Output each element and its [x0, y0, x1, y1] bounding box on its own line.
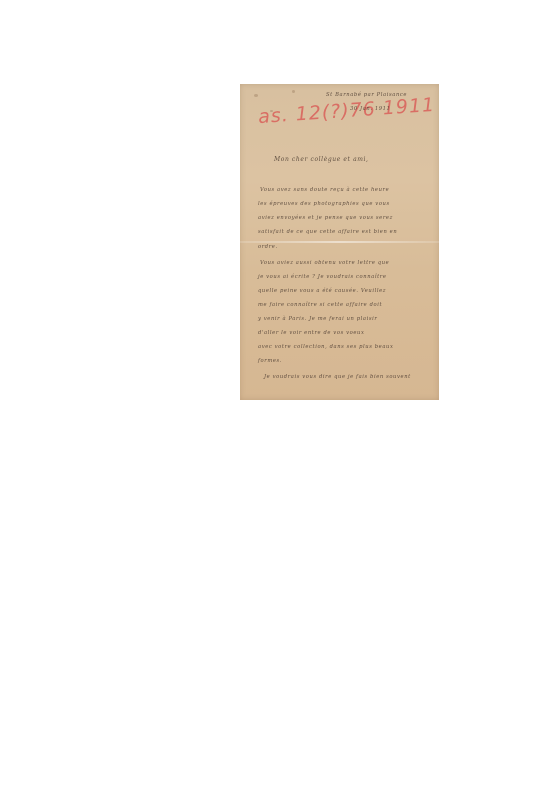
archive-stamp: as. 12(?)76 1911 [257, 94, 435, 128]
letter-line: les épreuves des photographies que vous [258, 201, 390, 207]
letter-line: quelle peine vous a été causée. Veuillez [258, 288, 386, 294]
letter-line: d'aller le voir entre de vos voeux [258, 330, 364, 336]
letter-line: je vous ai écrite ? Je voudrais connaîtr… [258, 274, 387, 280]
letter-line: satisfait de ce que cette affaire est bi… [258, 229, 397, 235]
paper-stain [292, 90, 295, 93]
letter-date: 30 Jan. 1911 [350, 106, 390, 112]
letter-line: avec votre collection, dans ses plus bea… [258, 344, 394, 350]
letter-line: me faire connaître si cette affaire doit [258, 302, 382, 308]
letter-line: formes. [258, 358, 282, 364]
salutation: Mon cher collègue et ami, [274, 156, 369, 163]
letter-page: as. 12(?)76 1911 St Barnabé par Plaisanc… [240, 84, 439, 400]
letter-line: ordre. [258, 244, 278, 250]
paper-stain [254, 94, 258, 97]
letter-line: Je voudrais vous dire que je fais bien s… [264, 374, 411, 380]
letter-line: Vous aviez aussi obtenu votre lettre que [260, 260, 389, 266]
letter-line: Vous avez sans doute reçu à cette heure [260, 187, 389, 193]
fold-line [240, 241, 439, 243]
letter-line: aviez envoyées et je pense que vous sere… [258, 215, 393, 221]
letter-place: St Barnabé par Plaisance [326, 92, 407, 98]
letter-line: y venir à Paris. Je me ferai un plaisir [258, 316, 377, 322]
